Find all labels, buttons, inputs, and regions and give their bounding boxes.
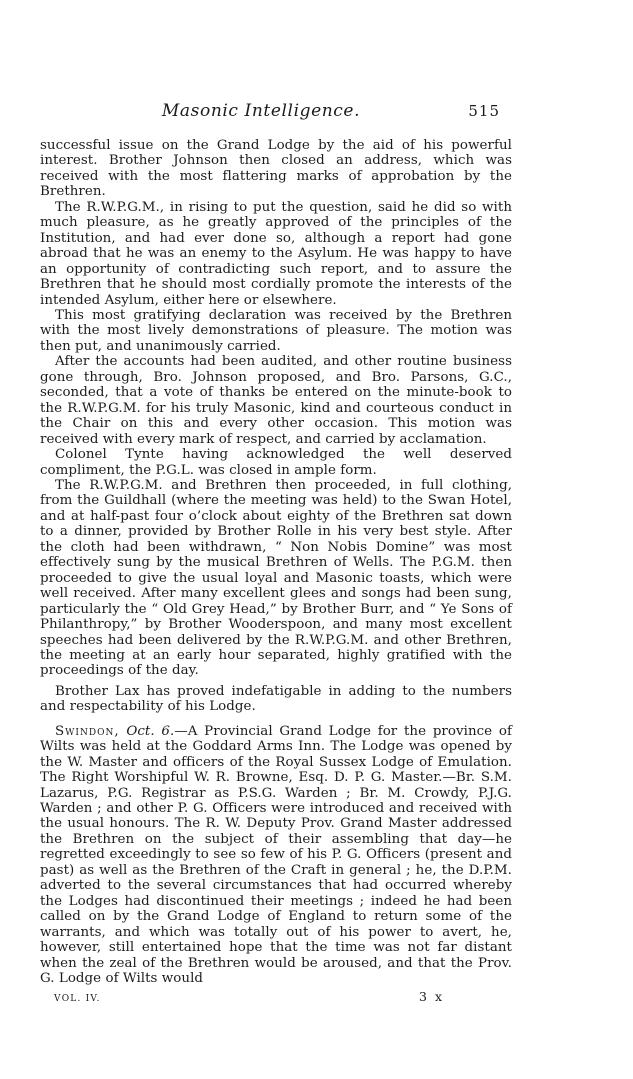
paragraph: This most gratifying declaration was rec… (40, 308, 512, 354)
paragraph: The R.W.P.G.M. and Brethren then proceed… (40, 478, 512, 679)
page-footer: Vol. IV. 3 x (40, 989, 512, 1004)
dateline-place: Swindon, (55, 724, 120, 739)
paragraph: The R.W.P.G.M., in rising to put the que… (40, 200, 512, 308)
text-block: Masonic Intelligence. 515 successful iss… (40, 101, 512, 1004)
paragraph: After the accounts had been audited, and… (40, 354, 512, 447)
swindon-report-text: —A Provincial Grand Lodge for the provin… (40, 724, 512, 986)
paragraph-continuation: successful issue on the Grand Lodge by t… (40, 138, 512, 200)
volume-label: Vol. IV. (54, 989, 101, 1004)
page-number: 515 (468, 102, 500, 120)
paragraph: Brother Lax has proved indefatigable in … (40, 684, 512, 715)
scanned-book-page: Masonic Intelligence. 515 successful iss… (0, 0, 633, 1079)
paragraph: Colonel Tynte having acknowledged the we… (40, 447, 512, 478)
running-head: Masonic Intelligence. 515 (40, 101, 512, 125)
dateline-date: Oct. 6. (126, 724, 174, 739)
page-title: Masonic Intelligence. (40, 101, 482, 121)
printers-signature-mark: 3 x (419, 989, 444, 1004)
body-text: successful issue on the Grand Lodge by t… (40, 138, 512, 986)
paragraph-swindon-report: Swindon, Oct. 6.—A Provincial Grand Lodg… (40, 724, 512, 987)
